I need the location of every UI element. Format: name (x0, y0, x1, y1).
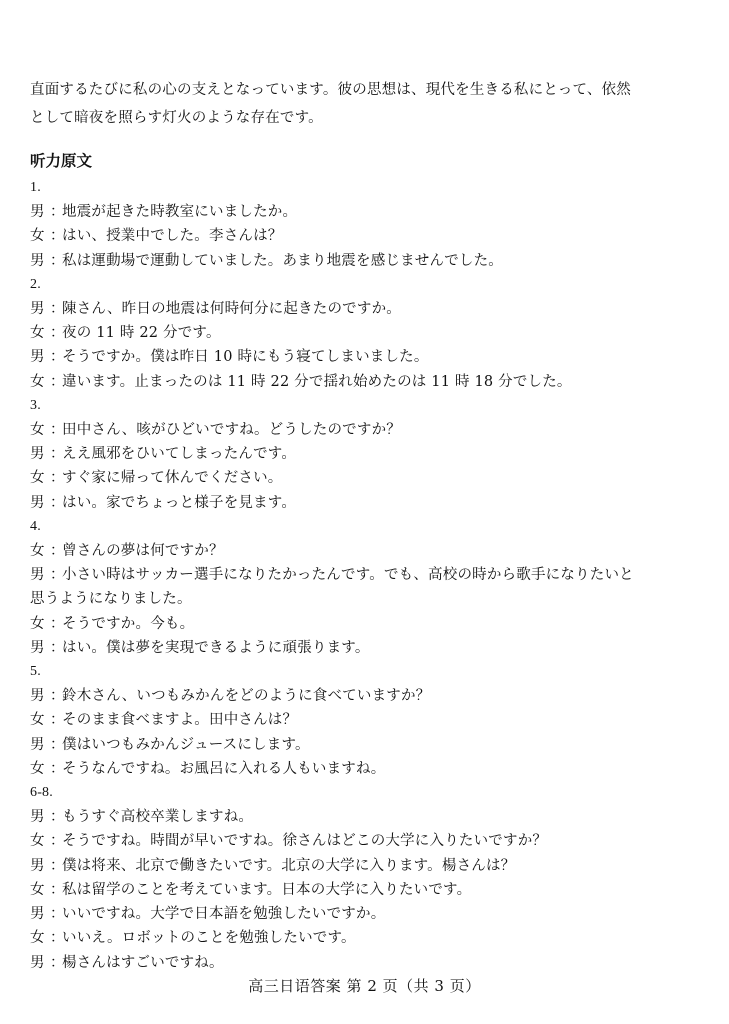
dialogue-number: 4. (30, 515, 700, 539)
dialogue-line: 女：はい、授業中でした。李さんは？ (30, 224, 700, 248)
speaker-label: 女 (30, 926, 50, 950)
dialogue-line: 男：地震が起きた時教室にいましたか。 (30, 200, 700, 224)
speaker-label: 男 (30, 854, 50, 878)
dialogue-line: 女：すぐ家に帰って休んでください。 (30, 466, 700, 490)
speaker-separator: ： (50, 491, 62, 515)
speaker-label: 女 (30, 829, 50, 853)
speaker-separator: ： (50, 297, 62, 321)
dialogue-line: 男：ええ風邪をひいてしまったんです。 (30, 442, 700, 466)
utterance-text: 夜の 11 時 22 分です。 (62, 325, 221, 341)
speaker-separator: ： (50, 249, 62, 273)
utterance-text: はい。家でちょっと様子を見ます。 (62, 495, 296, 511)
speaker-separator: ： (50, 345, 62, 369)
utterance-text: 僕はいつもみかんジュースにします。 (62, 737, 310, 753)
document-page: 直面するたびに私の心の支えとなっています。彼の思想は、現代を生きる私にとって、依… (30, 76, 700, 975)
speaker-separator: ： (50, 466, 62, 490)
speaker-label: 男 (30, 345, 50, 369)
speaker-label: 男 (30, 297, 50, 321)
speaker-separator: ： (50, 442, 62, 466)
speaker-label: 女 (30, 539, 50, 563)
speaker-separator: ： (50, 539, 62, 563)
speaker-separator: ： (50, 829, 62, 853)
utterance-text: 僕は将来、北京で働きたいです。北京の大学に入ります。楊さんは？ (62, 858, 515, 874)
dialogue-line: 男：いいですね。大学で日本語を勉強したいですか。 (30, 902, 700, 926)
dialogue-number: 3. (30, 394, 700, 418)
utterance-text: ええ風邪をひいてしまったんです。 (62, 446, 296, 462)
speaker-label: 女 (30, 370, 50, 394)
speaker-label: 男 (30, 951, 50, 975)
speaker-separator: ： (50, 612, 62, 636)
intro-line: 直面するたびに私の心の支えとなっています。彼の思想は、現代を生きる私にとって、依… (30, 76, 700, 104)
utterance-text: そうですか。僕は昨日 10 時にもう寝てしまいました。 (62, 349, 429, 365)
dialogue-line: 男：小さい時はサッカー選手になりたかったんです。でも、高校の時から歌手になりたい… (30, 563, 700, 587)
speaker-label: 男 (30, 733, 50, 757)
speaker-separator: ： (50, 951, 62, 975)
speaker-separator: ： (50, 733, 62, 757)
utterance-text: もうすぐ高校卒業しますね。 (62, 809, 253, 825)
dialogue-number: 2. (30, 273, 700, 297)
utterance-text: 地震が起きた時教室にいましたか。 (62, 204, 297, 220)
speaker-label: 男 (30, 684, 50, 708)
speaker-label: 男 (30, 805, 50, 829)
speaker-separator: ： (50, 370, 62, 394)
dialogue-block: 5.男：鈴木さん、いつもみかんをどのように食べていますか？女：そのまま食べますよ… (30, 660, 700, 781)
dialogue-line: 男：私は運動場で運動していました。あまり地震を感じませんでした。 (30, 249, 700, 273)
dialogue-line: 女：夜の 11 時 22 分です。 (30, 321, 700, 345)
dialogue-line: 女：田中さん、咳がひどいですね。どうしたのですか？ (30, 418, 700, 442)
speaker-label: 女 (30, 418, 50, 442)
speaker-separator: ： (50, 902, 62, 926)
speaker-label: 男 (30, 200, 50, 224)
speaker-label: 男 (30, 491, 50, 515)
speaker-label: 男 (30, 636, 50, 660)
speaker-label: 女 (30, 224, 50, 248)
dialogue-line: 男：はい。僕は夢を実現できるように頑張ります。 (30, 636, 700, 660)
utterance-text: いいですね。大学で日本語を勉強したいですか。 (62, 906, 385, 922)
speaker-separator: ： (50, 684, 62, 708)
speaker-separator: ： (50, 563, 62, 587)
utterance-continuation: 思うようになりました。 (30, 587, 700, 611)
dialogue-line: 男：そうですか。僕は昨日 10 時にもう寝てしまいました。 (30, 345, 700, 369)
dialogue-line: 女：違います。止まったのは 11 時 22 分で揺れ始めたのは 11 時 18 … (30, 370, 700, 394)
speaker-separator: ： (50, 926, 62, 950)
utterance-text: 私は運動場で運動していました。あまり地震を感じませんでした。 (62, 253, 503, 269)
dialogue-block: 2.男：陳さん、昨日の地震は何時何分に起きたのですか。女：夜の 11 時 22 … (30, 273, 700, 394)
speaker-label: 男 (30, 563, 50, 587)
speaker-separator: ： (50, 321, 62, 345)
dialogue-line: 女：そのまま食べますよ。田中さんは？ (30, 708, 700, 732)
utterance-text: いいえ。ロボットのことを勉強したいです。 (62, 930, 356, 946)
speaker-separator: ： (50, 708, 62, 732)
dialogue-block: 6-8.男：もうすぐ高校卒業しますね。女：そうですね。時間が早いですね。徐さんは… (30, 781, 700, 975)
utterance-text: そのまま食べますよ。田中さんは？ (62, 712, 297, 728)
utterance-text: 陳さん、昨日の地震は何時何分に起きたのですか。 (62, 301, 401, 317)
utterance-text: 違います。止まったのは 11 時 22 分で揺れ始めたのは 11 時 18 分で… (62, 374, 572, 390)
dialogue-number: 5. (30, 660, 700, 684)
speaker-separator: ： (50, 854, 62, 878)
dialogue-line: 男：僕はいつもみかんジュースにします。 (30, 733, 700, 757)
utterance-text: はい、授業中でした。李さんは？ (62, 228, 283, 244)
speaker-separator: ： (50, 805, 62, 829)
utterance-text: そうですね。時間が早いですね。徐さんはどこの大学に入りたいですか？ (62, 833, 547, 849)
dialogue-line: 男：陳さん、昨日の地震は何時何分に起きたのですか。 (30, 297, 700, 321)
speaker-label: 女 (30, 321, 50, 345)
dialogue-number: 1. (30, 176, 700, 200)
dialogue-block: 1.男：地震が起きた時教室にいましたか。女：はい、授業中でした。李さんは？男：私… (30, 176, 700, 273)
dialogue-block: 3.女：田中さん、咳がひどいですね。どうしたのですか？男：ええ風邪をひいてしまっ… (30, 394, 700, 515)
dialogue-line: 女：私は留学のことを考えています。日本の大学に入りたいです。 (30, 878, 700, 902)
utterance-text: 小さい時はサッカー選手になりたかったんです。でも、高校の時から歌手になりたいと (62, 567, 634, 583)
dialogue-number: 6-8. (30, 781, 700, 805)
dialogue-line: 女：いいえ。ロボットのことを勉強したいです。 (30, 926, 700, 950)
speaker-label: 男 (30, 249, 50, 273)
speaker-label: 女 (30, 708, 50, 732)
speaker-separator: ： (50, 636, 62, 660)
utterance-text: 楊さんはすごいですね。 (62, 955, 224, 971)
dialogue-line: 男：もうすぐ高校卒業しますね。 (30, 805, 700, 829)
section-title: 听力原文 (30, 148, 700, 174)
utterance-text: すぐ家に帰って休んでください。 (62, 470, 283, 486)
dialogue-list: 1.男：地震が起きた時教室にいましたか。女：はい、授業中でした。李さんは？男：私… (30, 176, 700, 975)
speaker-label: 男 (30, 442, 50, 466)
dialogue-line: 男：楊さんはすごいですね。 (30, 951, 700, 975)
speaker-label: 女 (30, 878, 50, 902)
speaker-separator: ： (50, 757, 62, 781)
speaker-label: 女 (30, 466, 50, 490)
dialogue-line: 男：はい。家でちょっと様子を見ます。 (30, 491, 700, 515)
speaker-separator: ： (50, 878, 62, 902)
dialogue-line: 女：そうなんですね。お風呂に入れる人もいますね。 (30, 757, 700, 781)
utterance-text: 田中さん、咳がひどいですね。どうしたのですか？ (62, 422, 401, 438)
dialogue-line: 女：そうですか。今も。 (30, 612, 700, 636)
speaker-separator: ： (50, 224, 62, 248)
dialogue-line: 女：そうですね。時間が早いですね。徐さんはどこの大学に入りたいですか？ (30, 829, 700, 853)
speaker-separator: ： (50, 200, 62, 224)
dialogue-line: 女：曾さんの夢は何ですか？ (30, 539, 700, 563)
utterance-text: はい。僕は夢を実現できるように頑張ります。 (62, 640, 370, 656)
intro-line: として暗夜を照らす灯火のような存在です。 (30, 104, 700, 132)
speaker-label: 女 (30, 757, 50, 781)
speaker-label: 男 (30, 902, 50, 926)
dialogue-line: 男：鈴木さん、いつもみかんをどのように食べていますか？ (30, 684, 700, 708)
dialogue-line: 男：僕は将来、北京で働きたいです。北京の大学に入ります。楊さんは？ (30, 854, 700, 878)
utterance-text: 私は留学のことを考えています。日本の大学に入りたいです。 (62, 882, 471, 898)
speaker-label: 女 (30, 612, 50, 636)
speaker-separator: ： (50, 418, 62, 442)
page-footer: 高三日语答案 第 2 页（共 3 页） (0, 975, 729, 996)
utterance-text: そうですか。今も。 (62, 616, 194, 632)
dialogue-block: 4.女：曾さんの夢は何ですか？男：小さい時はサッカー選手になりたかったんです。で… (30, 515, 700, 660)
utterance-text: 鈴木さん、いつもみかんをどのように食べていますか？ (62, 688, 430, 704)
utterance-text: 曾さんの夢は何ですか？ (62, 543, 224, 559)
utterance-text: そうなんですね。お風呂に入れる人もいますね。 (62, 761, 385, 777)
